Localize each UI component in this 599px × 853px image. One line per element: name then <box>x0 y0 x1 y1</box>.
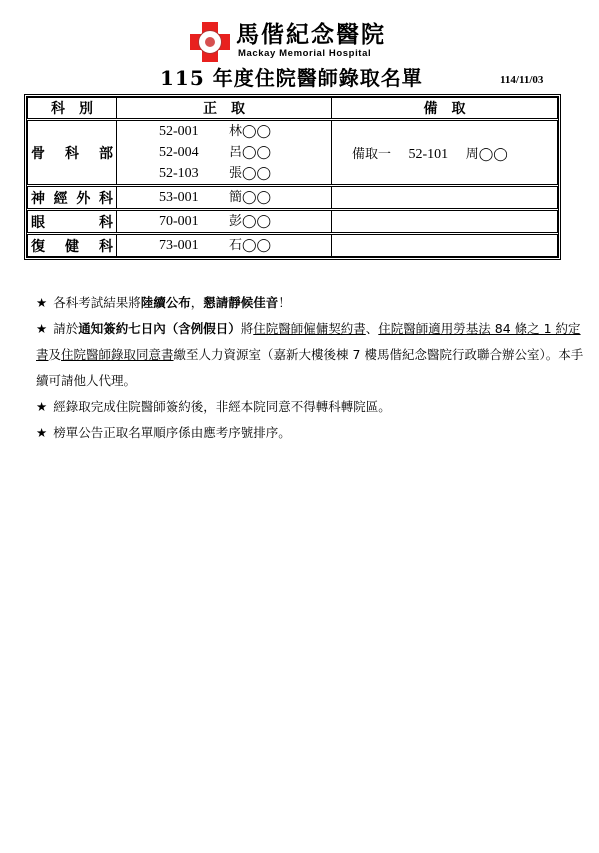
note-item: ★請於通知簽約七日內（含例假日）將住院醫師僱傭契約書、住院醫師適用勞基法 84 … <box>36 316 584 394</box>
table-row: 復 健 科 73-001 石◯◯ <box>28 234 558 257</box>
logo-english-name: Mackay Memorial Hospital <box>238 48 386 60</box>
document-name: 住院醫師錄取同意書 <box>61 347 174 362</box>
department-cell: 眼 科 <box>28 210 117 234</box>
table-header-row: 科 別 正 取 備 取 <box>28 98 558 120</box>
header-alternate: 備 取 <box>332 98 558 120</box>
star-icon: ★ <box>36 321 47 336</box>
alternate-cell <box>332 234 558 257</box>
table-row: 骨 科 部 52-001 林◯◯ 52-004 呂◯◯ 52-103 張◯◯ <box>28 120 558 186</box>
admitted-cell: 53-001 簡◯◯ <box>117 186 332 210</box>
admitted-cell: 70-001 彭◯◯ <box>117 210 332 234</box>
admitted-cell: 52-001 林◯◯ 52-004 呂◯◯ 52-103 張◯◯ <box>117 120 332 186</box>
table-row: 眼 科 70-001 彭◯◯ <box>28 210 558 234</box>
department-cell: 骨 科 部 <box>28 120 117 186</box>
notes-list: ★各科考試結果將陸續公布，懇請靜候佳音！ ★請於通知簽約七日內（含例假日）將住院… <box>36 290 584 446</box>
note-item: ★各科考試結果將陸續公布，懇請靜候佳音！ <box>36 290 584 316</box>
header-admitted: 正 取 <box>117 98 332 120</box>
department-cell: 神 經 外 科 <box>28 186 117 210</box>
publish-date: 114/11/03 <box>500 74 543 86</box>
star-icon: ★ <box>36 425 47 440</box>
hospital-logo: 馬偕紀念醫院 Mackay Memorial Hospital <box>190 22 386 64</box>
note-item: ★經錄取完成住院醫師簽約後，非經本院同意不得轉科轉院區。 <box>36 394 584 420</box>
admitted-entry: 52-103 張◯◯ <box>117 163 331 184</box>
admitted-entry: 73-001 石◯◯ <box>117 235 331 256</box>
admitted-entry: 70-001 彭◯◯ <box>117 211 331 232</box>
admitted-entry: 52-004 呂◯◯ <box>117 142 331 163</box>
admitted-entry: 53-001 簡◯◯ <box>117 187 331 208</box>
alternate-cell <box>332 210 558 234</box>
admission-table: 科 別 正 取 備 取 骨 科 部 52-001 林◯◯ 52-004 呂◯◯ <box>24 94 561 260</box>
star-icon: ★ <box>36 295 47 310</box>
alternate-entry: 備取一 52-101 周◯◯ <box>332 143 557 163</box>
page-title: 115 年度住院醫師錄取名單 <box>160 66 423 90</box>
note-item: ★榜單公告正取名單順序係由應考序號排序。 <box>36 420 584 446</box>
logo-chinese-name: 馬偕紀念醫院 <box>236 22 386 48</box>
department-cell: 復 健 科 <box>28 234 117 257</box>
table-row: 神 經 外 科 53-001 簡◯◯ <box>28 186 558 210</box>
alternate-cell: 備取一 52-101 周◯◯ <box>332 120 558 186</box>
header-department: 科 別 <box>28 98 117 120</box>
star-icon: ★ <box>36 399 47 414</box>
red-cross-icon <box>190 22 230 62</box>
document-name: 住院醫師僱傭契約書 <box>253 321 366 336</box>
admitted-cell: 73-001 石◯◯ <box>117 234 332 257</box>
admitted-entry: 52-001 林◯◯ <box>117 121 331 142</box>
alternate-cell <box>332 186 558 210</box>
